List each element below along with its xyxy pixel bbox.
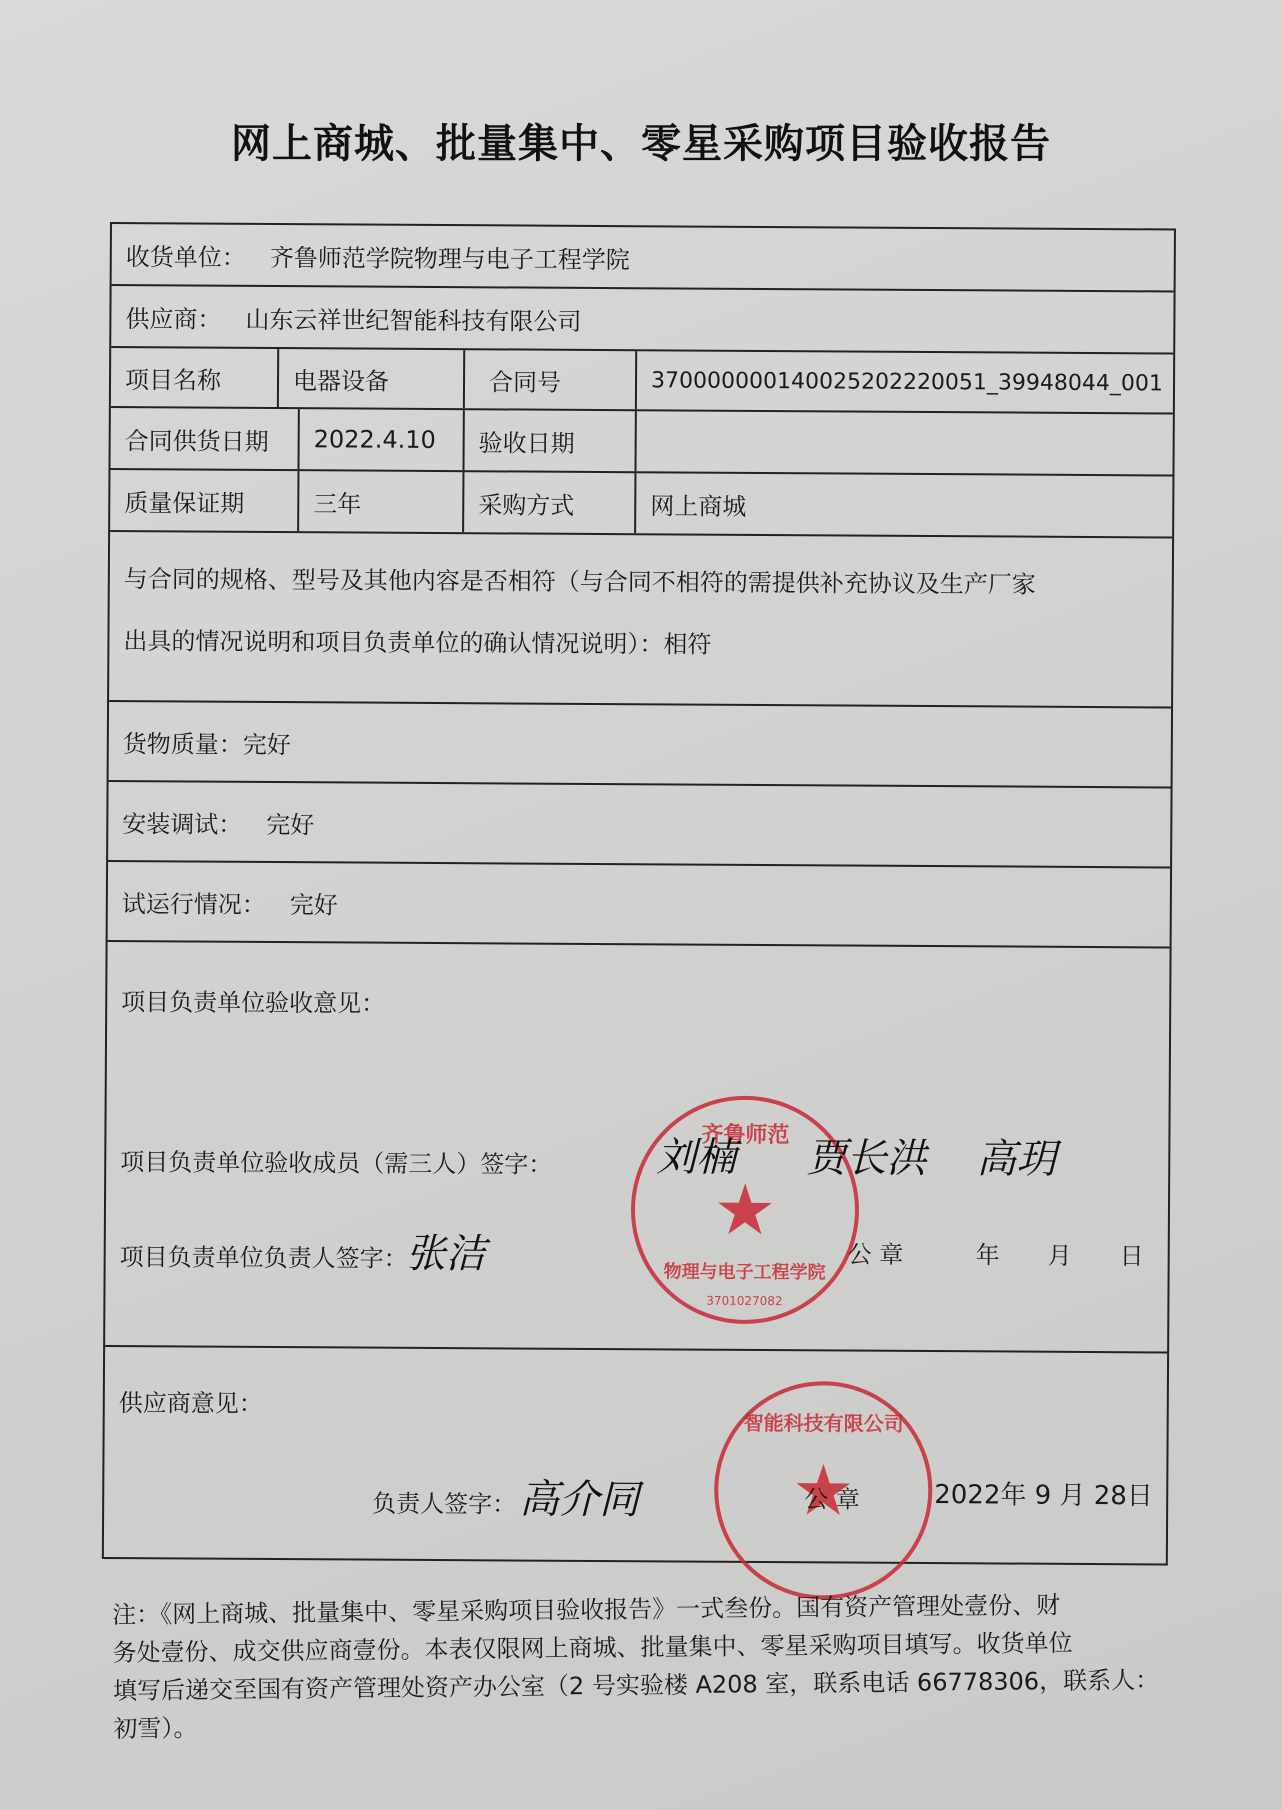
supplier-opinion-label: 供应商意见： [119,1383,263,1419]
quality-row: 货物质量：完好 [109,702,1171,788]
project-name-value: 电器设备 [279,349,465,408]
member-signature-2: 贾长洪 [806,1126,926,1184]
unit-seal-label: 公 章 [848,1235,904,1270]
project-row: 项目名称 电器设备 合同号 370000000140025202220051_3… [111,348,1173,414]
members-sign-label: 项目负责单位验收成员（需三人）签字： [120,1142,552,1180]
installation-row: 安装调试：完好 [108,782,1170,868]
trial-run-value: 完好 [290,891,338,919]
acceptance-date-label: 验收日期 [464,410,636,471]
report-title: 网上商城、批量集中、零星采购项目验收报告 [0,112,1282,169]
supplier-signature: 高介同 [519,1468,639,1526]
receiver-value: 齐鲁师范学院物理与电子工程学院 [270,243,630,273]
trial-run-label: 试运行情况： [122,890,266,919]
footnote: 注：《网上商城、批量集中、零星采购项目验收报告》一式叁份。国有资产管理处壹份、财… [112,1585,1209,1748]
receiver-label: 收货单位： [126,243,246,272]
trial-run-row: 试运行情况：完好 [108,862,1170,948]
supply-date-value: 2022.4.10 [299,409,464,470]
contract-label: 合同号 [465,350,637,409]
acceptance-form: 收货单位：齐鲁师范学院物理与电子工程学院 供应商：山东云祥世纪智能科技有限公司 … [102,222,1176,1565]
installation-value: 完好 [266,810,314,838]
college-stamp-bottom: 物理与电子工程学院 [664,1257,826,1284]
member-signature-3: 高玥 [976,1127,1056,1184]
acceptance-date-value [636,411,1172,474]
purchase-method-label: 采购方式 [464,472,636,533]
purchase-method-value: 网上商城 [636,473,1172,536]
contract-value: 370000000140025202220051_39948044_001 [637,351,1173,412]
supplier-date: 2022年 9 月 28日 [934,1474,1153,1512]
quality-value: 完好 [243,730,291,758]
unit-opinion-label: 项目负责单位验收意见： [121,982,385,1019]
unit-opinion-section: 项目负责单位验收意见： ★ 齐鲁师范 物理与电子工程学院 3701027082 … [105,942,1169,1353]
supplier-row: 供应商：山东云祥世纪智能科技有限公司 [111,286,1173,354]
supplier-seal-label: 公 章 [804,1479,860,1514]
warranty-row: 质量保证期 三年 采购方式 网上商城 [110,470,1172,538]
project-name-label: 项目名称 [111,348,279,407]
college-stamp-code: 3701027082 [706,1294,782,1308]
supplier-opinion-section: 供应商意见： ★ 智能科技有限公司 负责人签字： 高介同 公 章 2022年 9… [104,1347,1167,1563]
supplier-stamp-text: 智能科技有限公司 [744,1407,904,1437]
unit-date-label: 年 月 日 [976,1235,1144,1271]
quality-label: 货物质量： [123,730,243,759]
supplier-sign-label: 负责人签字： [372,1484,516,1520]
warranty-label: 质量保证期 [110,470,299,531]
member-signature-1: 刘楠 [656,1125,736,1182]
leader-signature: 张洁 [406,1222,486,1279]
installation-label: 安装调试： [122,810,242,839]
supply-date-label: 合同供货日期 [110,408,299,469]
leader-sign-label: 项目负责单位负责人签字： [120,1237,408,1274]
star-icon: ★ [713,1175,776,1245]
supplier-value: 山东云祥世纪智能科技有限公司 [245,305,581,335]
dates-row: 合同供货日期 2022.4.10 验收日期 [110,408,1172,476]
spec-line-1: 与合同的规格、型号及其他内容是否相符（与合同不相符的需提供补充协议及生产厂家 [124,548,1036,616]
supplier-label: 供应商： [125,305,221,334]
warranty-value: 三年 [299,471,464,532]
receiver-row: 收货单位：齐鲁师范学院物理与电子工程学院 [112,224,1174,292]
spec-line-2: 出具的情况说明和项目负责单位的确认情况说明）：相符 [123,610,711,676]
spec-conformity-row: 与合同的规格、型号及其他内容是否相符（与合同不相符的需提供补充协议及生产厂家 出… [109,532,1172,708]
